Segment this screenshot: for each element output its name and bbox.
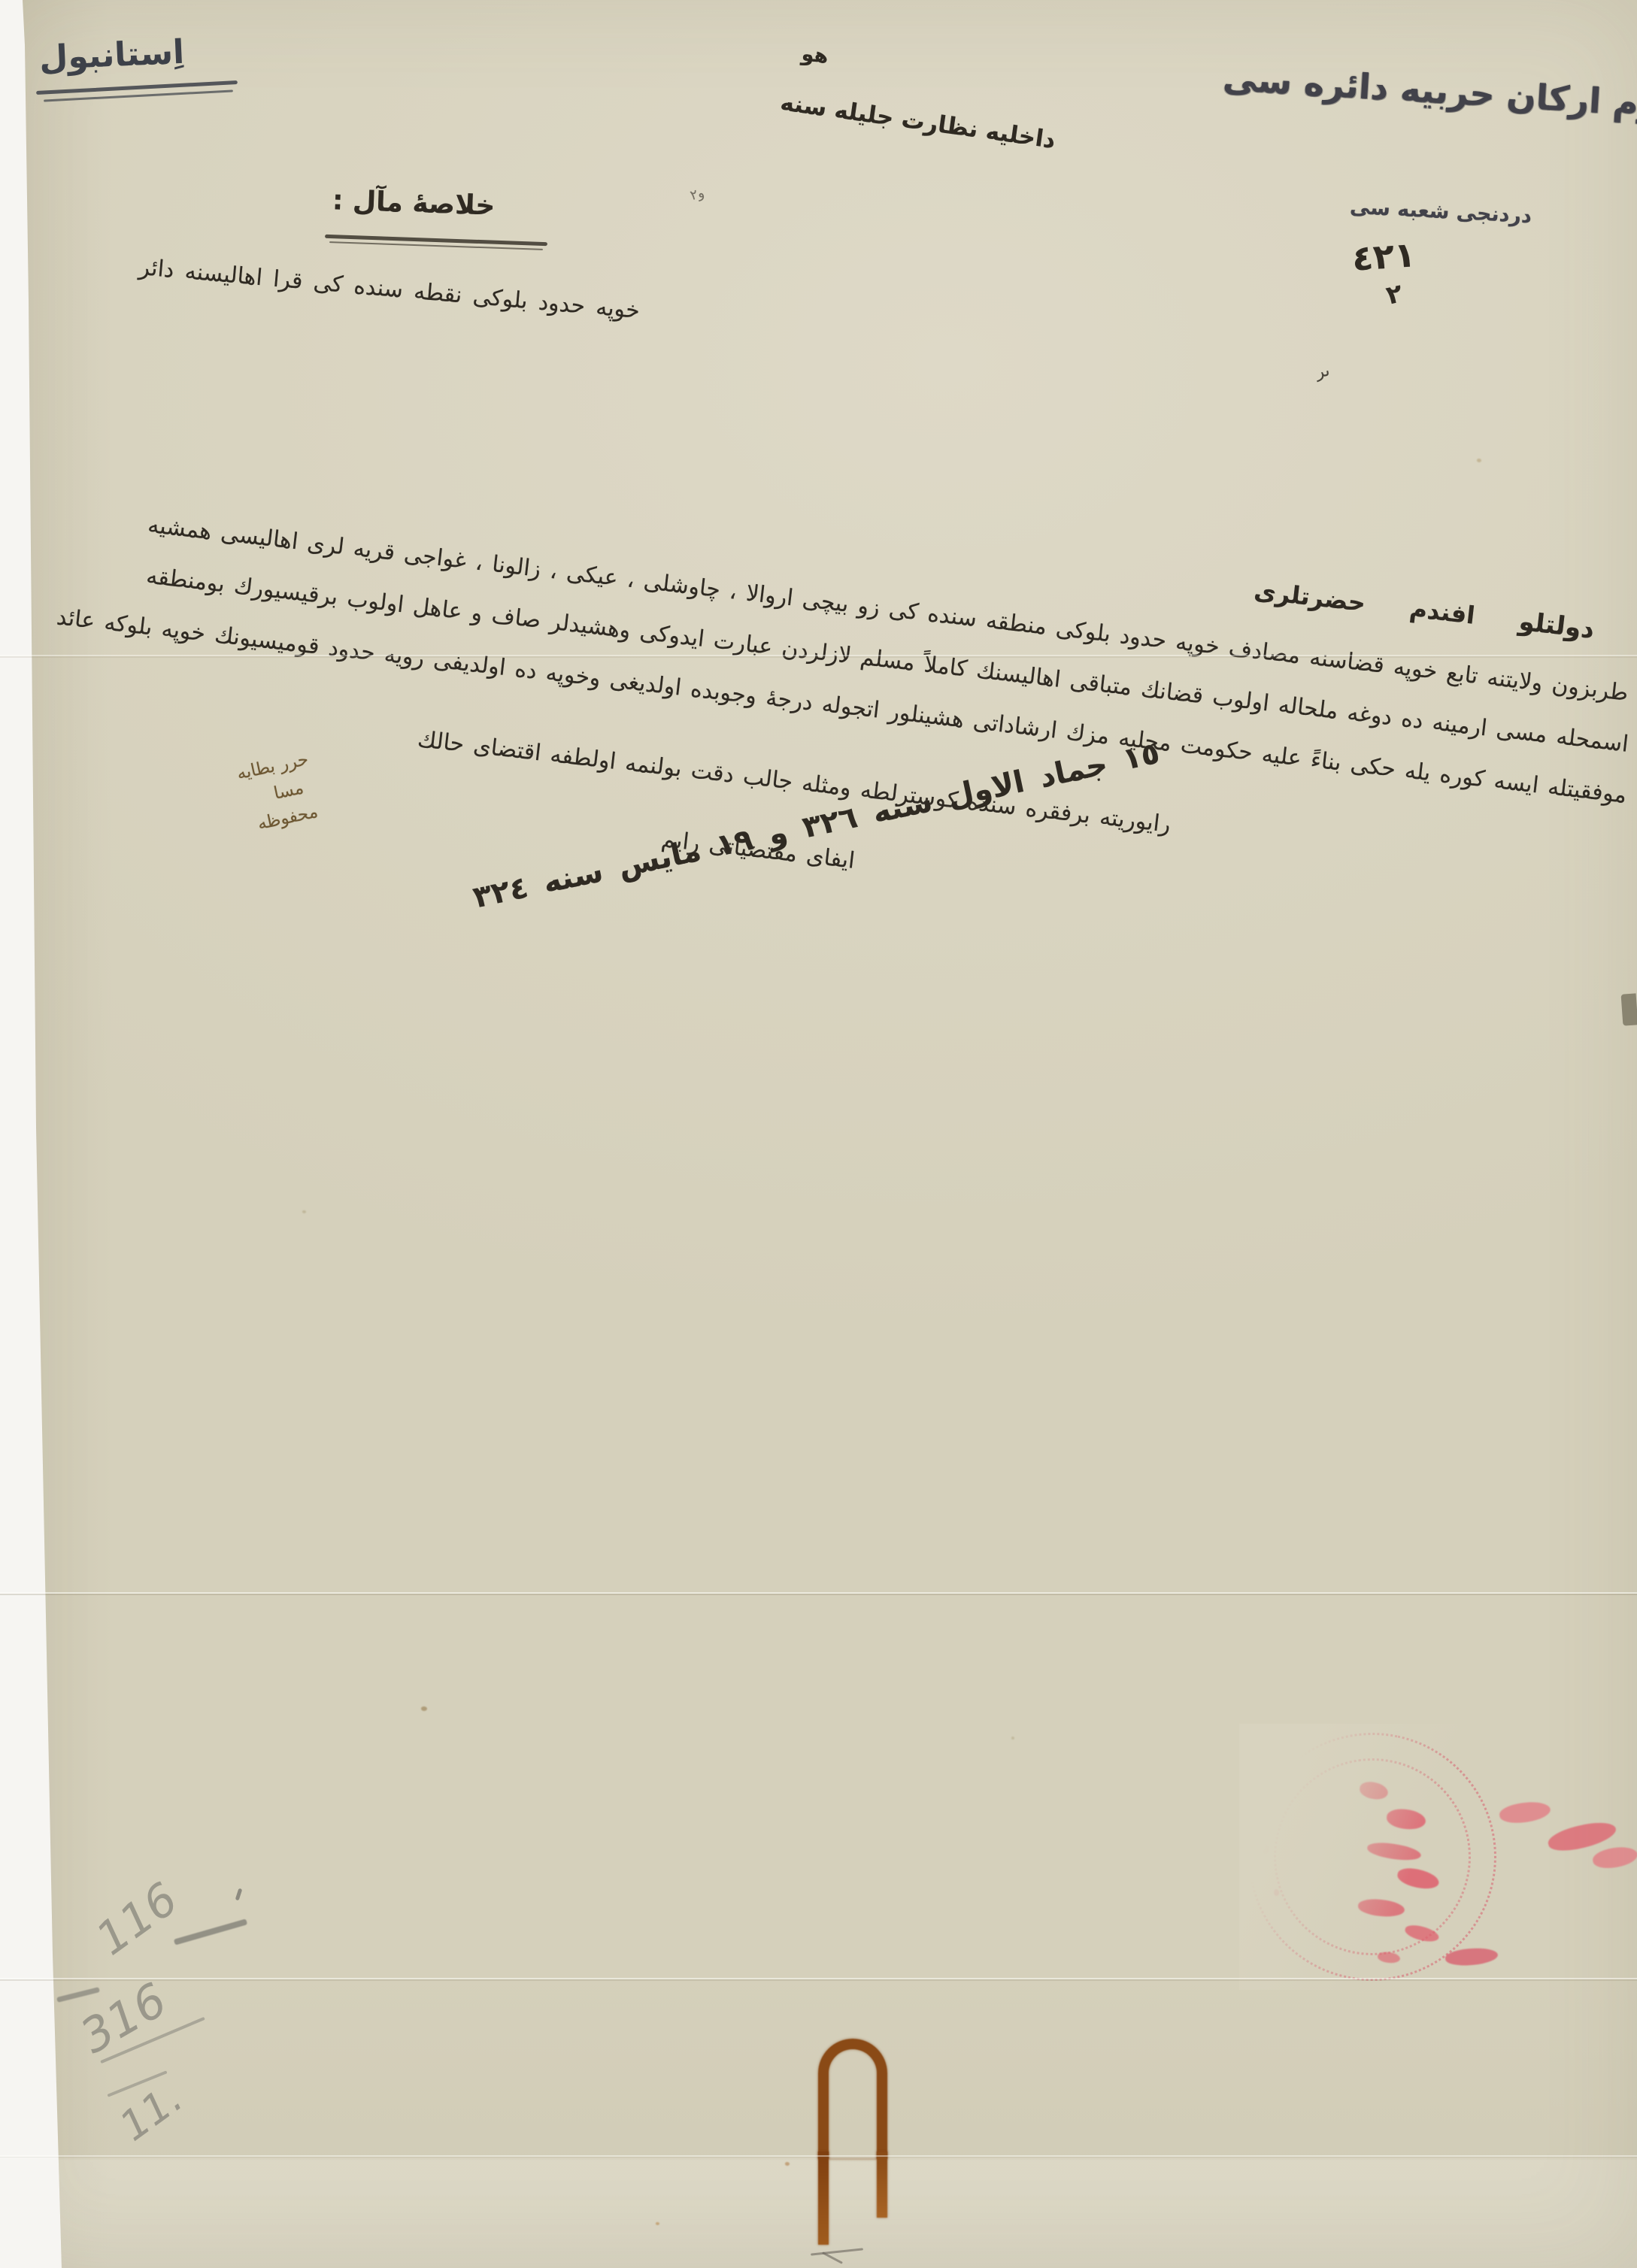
istanbul-stamp: اِستانبول [38, 33, 185, 77]
paper-speck [911, 120, 915, 123]
fold-crease-3 [0, 1978, 1637, 1981]
paperclip-leg-right [877, 2151, 887, 2218]
docket-number: ٤٢١ [1351, 234, 1417, 279]
paper-speck [785, 2162, 790, 2166]
paper-speck [302, 1210, 306, 1213]
summary-label: خلاصهٔ مآل : [332, 185, 496, 222]
paper-edge-notch [1621, 993, 1637, 1025]
paper-speck [1477, 459, 1481, 462]
fold-crease-2 [0, 1592, 1637, 1595]
paper-speck [421, 1706, 427, 1711]
paper-speck [656, 2222, 659, 2225]
paperclip-arch [818, 2039, 887, 2159]
document-scan: اِستانبول هو داخليه نظارت جليله سنه عموم… [0, 0, 1637, 2268]
paper-speck [1011, 1737, 1014, 1740]
paperclip-rust-mark [818, 2039, 887, 2268]
paperclip-leg-left [818, 2151, 829, 2245]
fold-crease-4 [0, 2155, 1637, 2157]
hu-mark: هو [800, 42, 829, 68]
fold-crease-1 [0, 655, 1637, 658]
red-seal-stamp [1248, 1733, 1496, 1981]
